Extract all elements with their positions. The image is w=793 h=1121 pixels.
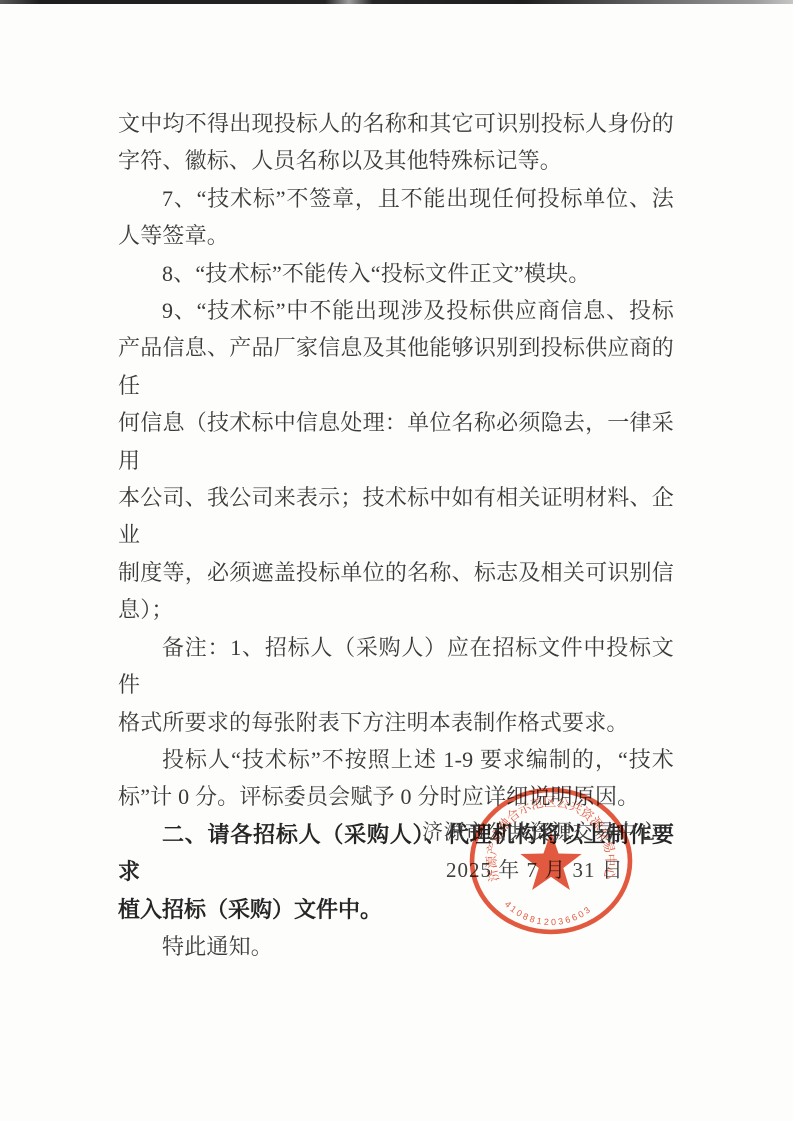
body-line: 备注：1、招标人（采购人）应在招标文件中投标文件	[118, 629, 674, 704]
body-line: 何信息（技术标中信息处理：单位名称必须隐去，一律采用	[118, 404, 674, 479]
body-line: 9、“技术标”中不能出现涉及投标供应商信息、投标	[118, 292, 674, 329]
body-line: 字符、徽标、人员名称以及其他特殊标记等。	[118, 142, 674, 179]
body-line: 产品信息、产品厂家信息及其他能够识别到投标供应商的任	[118, 329, 674, 404]
body-line: 本公司、我公司来表示；技术标中如有相关证明材料、企业	[118, 479, 674, 554]
body-line: 息）；	[118, 591, 674, 628]
document-page: 文中均不得出现投标人的名称和其它可识别投标人身份的 字符、徽标、人员名称以及其他…	[0, 0, 793, 1121]
body-line: 格式所要求的每张附表下方注明本表制作格式要求。	[118, 704, 674, 741]
official-seal: 济源产城融合示范区公共资源交易中心 4108812036603	[466, 785, 636, 937]
seal-star-icon	[520, 832, 581, 890]
body-line: 投标人“技术标”不按照上述 1-9 要求编制的，“技术	[118, 741, 674, 778]
scan-edge-artifact	[0, 0, 793, 4]
body-line: 人等签章。	[118, 217, 674, 254]
body-line: 8、“技术标”不能传入“投标文件正文”模块。	[118, 255, 674, 292]
body-line: 制度等，必须遮盖投标单位的名称、标志及相关可识别信	[118, 554, 674, 591]
body-line: 文中均不得出现投标人的名称和其它可识别投标人身份的	[118, 105, 674, 142]
body-line: 7、“技术标”不签章，且不能出现任何投标单位、法	[118, 180, 674, 217]
